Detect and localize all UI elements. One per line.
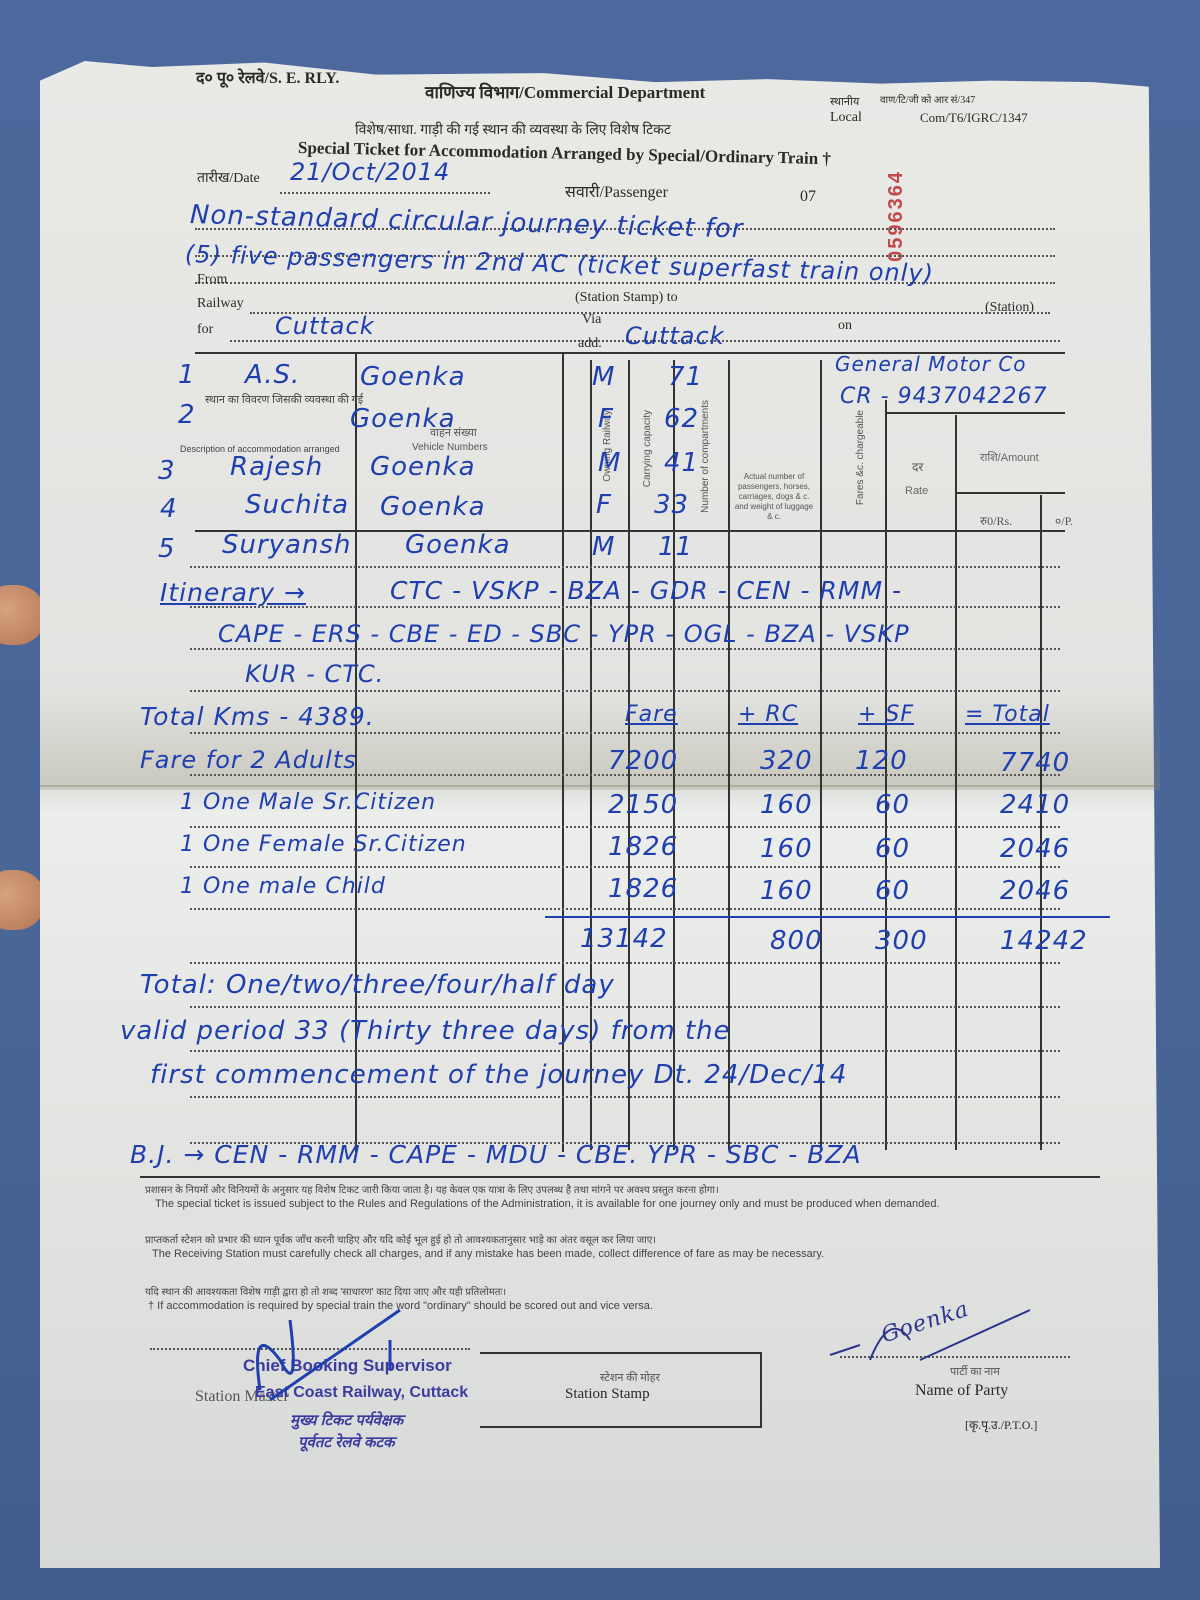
fare-sf: 120 [855, 746, 908, 776]
fare-header: Fare [625, 702, 678, 727]
rule-2-hindi: प्राप्तकर्ता स्टेशन को प्रभार की ध्यान प… [145, 1232, 656, 1246]
passenger-label: सवारी/Passenger [565, 180, 668, 202]
fare-rc: 160 [760, 790, 813, 820]
passenger-sex: M [598, 448, 621, 478]
grand-rc: 800 [770, 926, 823, 956]
rule-1: The special ticket is issued subject to … [155, 1198, 1055, 1210]
note-line-1: Total: One/two/three/four/half day [140, 970, 615, 1000]
passenger-age: 41 [664, 448, 699, 478]
passenger-first-name: A.S. [245, 360, 300, 390]
contact-phone: CR - 9437042267 [840, 384, 1048, 409]
from-label: From [197, 272, 227, 288]
via-label: Via [582, 312, 601, 328]
passenger-sex: M [592, 362, 615, 392]
form-code: Com/T6/IGRC/1347 [920, 110, 1028, 126]
passenger-number: 2 [178, 400, 196, 430]
for-label: for [197, 322, 213, 338]
form-code-hi: वाण/टि/जी को आर सं/347 [880, 92, 975, 106]
dotted-line [190, 866, 1060, 868]
itinerary-line-1: CTC - VSKP - BZA - GDR - CEN - RMM - [390, 576, 902, 605]
dotted-line [190, 1006, 1060, 1008]
dotted-line [190, 908, 1060, 910]
party-signature-stroke-icon [820, 1300, 1040, 1370]
fare-sf: 60 [875, 876, 910, 906]
col-carrying-capacity: Carrying capacity [642, 410, 653, 487]
add-label: add. [578, 336, 602, 352]
fare-base: 2150 [608, 790, 678, 820]
fare-row-label: 1 One male Child [180, 874, 386, 899]
passenger-first-name: Suryansh [222, 530, 352, 560]
pto-label: [कृ.पृ.उ./P.T.O.] [965, 1416, 1037, 1433]
dotted-line [190, 606, 1060, 608]
local-label-hi: स्थानीय [830, 94, 859, 109]
table-column-divider [820, 360, 822, 1150]
passenger-count: 07 [800, 188, 816, 206]
break-journey-stations: B.J. → CEN - RMM - CAPE - MDU - CBE. YPR… [130, 1140, 862, 1169]
total-kms: Total Kms - 4389. [140, 702, 375, 731]
total-header: = Total [965, 702, 1050, 727]
fare-total: 2410 [1000, 790, 1070, 820]
passenger-age: 62 [664, 404, 699, 434]
passenger-age: 33 [654, 490, 689, 520]
fare-total: 7740 [1000, 748, 1070, 778]
col-rate-hi: दर [912, 458, 923, 475]
grand-sf: 300 [875, 926, 928, 956]
sf-header: + SF [858, 702, 914, 727]
fare-rc: 160 [760, 834, 813, 864]
itinerary-label: Itinerary → [160, 578, 306, 607]
rule-3-hindi: यदि स्थान की आवश्यकता विशेष गाड़ी द्वारा… [145, 1284, 506, 1298]
passenger-last-name: Goenka [405, 530, 511, 560]
fare-sf: 60 [875, 834, 910, 864]
on-label: on [838, 318, 852, 334]
local-label: Local [830, 110, 862, 126]
col-actual-number: Actual number of passengers, horses, car… [733, 472, 815, 522]
railway-label: Railway [197, 296, 244, 312]
col-fares: Fares &c. chargeable [855, 410, 866, 505]
dotted-line [190, 1050, 1060, 1052]
date-dotted-line [280, 192, 490, 194]
station-stamp-to-label: (Station Stamp) to [575, 290, 678, 306]
passenger-number: 3 [158, 456, 176, 486]
dotted-line [190, 732, 1060, 734]
passenger-first-name: Suchita [245, 490, 349, 520]
passenger-last-name: Goenka [350, 404, 456, 434]
fare-row-label: 1 One Female Sr.Citizen [180, 832, 467, 857]
for-value: Cuttack [275, 312, 375, 340]
serial-number: 0596364 [885, 170, 908, 262]
col-rate: Rate [905, 485, 928, 497]
passenger-last-name: Goenka [360, 362, 466, 392]
contact-company: General Motor Co [835, 352, 1027, 376]
table-header-divider [885, 412, 1065, 414]
dotted-line [190, 566, 1060, 568]
footer-separator [140, 1176, 1100, 1178]
grand-total: 14242 [1000, 926, 1088, 956]
fare-rc: 160 [760, 876, 813, 906]
party-label-hi: पार्टी का नाम [950, 1364, 1000, 1379]
dotted-line [190, 962, 1060, 964]
rc-header: + RC [738, 702, 798, 727]
itinerary-line-2: CAPE - ERS - CBE - ED - SBC - YPR - OGL … [218, 620, 910, 648]
table-column-divider [955, 415, 957, 1150]
party-label: Name of Party [915, 1382, 1008, 1400]
dotted-line [190, 1096, 1060, 1098]
department-name: वाणिज्य विभाग/Commercial Department [425, 80, 705, 103]
table-header-divider [955, 492, 1065, 494]
date-value: 21/Oct/2014 [290, 158, 450, 186]
railway-name: द० पू० रेलवे/S. E. RLY. [196, 66, 339, 88]
station-label: (Station) [985, 300, 1034, 316]
col-description-hi: स्थान का विवरण जिसकी व्यवस्था की गई [205, 392, 363, 407]
col-rupees: रु0/Rs. [980, 512, 1012, 529]
passenger-sex: M [592, 532, 615, 562]
rule-1-hindi: प्रशासन के नियमों और विनियमों के अनुसार … [145, 1182, 719, 1196]
fare-row-label: 1 One Male Sr.Citizen [180, 790, 436, 815]
dotted-line [190, 826, 1060, 828]
passenger-age: 11 [658, 532, 693, 562]
itinerary-line-3: KUR - CTC. [245, 660, 384, 688]
fare-total: 2046 [1000, 834, 1070, 864]
rule-2: The Receiving Station must carefully che… [152, 1248, 1052, 1260]
passenger-age: 71 [668, 362, 703, 392]
passenger-first-name: Rajesh [230, 452, 323, 482]
col-paise: ०/P. [1055, 512, 1073, 529]
fare-base: 1826 [608, 832, 678, 862]
fare-row-label: Fare for 2 Adults [140, 746, 357, 774]
col-compartments: Number of compartments [700, 400, 711, 513]
dotted-line [190, 648, 1060, 650]
passenger-last-name: Goenka [370, 452, 476, 482]
note-line-3: first commencement of the journey Dt. 24… [150, 1060, 847, 1090]
passenger-last-name: Goenka [380, 492, 486, 522]
date-label: तारीख/Date [197, 168, 260, 187]
col-amount: राशि/Amount [980, 450, 1039, 465]
sum-underline [545, 916, 1110, 918]
passenger-sex: F [598, 404, 614, 434]
supervisor-signature-icon [240, 1300, 420, 1410]
station-stamp-label: Station Stamp [565, 1386, 650, 1403]
paper-fold-line [40, 785, 1160, 787]
fare-base: 1826 [608, 874, 678, 904]
fare-rc: 320 [760, 746, 813, 776]
stamp-hindi-1: मुख्य टिकट पर्यवेक्षक [290, 1410, 403, 1430]
fare-total: 2046 [1000, 876, 1070, 906]
title-hindi: विशेष/साधा. गाड़ी की गई स्थान की व्यवस्थ… [355, 120, 671, 139]
station-stamp-hi: स्टेशन की मोहर [600, 1370, 660, 1385]
add-value: Cuttack [625, 322, 725, 350]
passenger-number: 5 [158, 534, 176, 564]
dotted-line [190, 690, 1060, 692]
fare-sf: 60 [875, 790, 910, 820]
grand-fare: 13142 [580, 924, 668, 954]
passenger-number: 1 [178, 360, 196, 390]
note-line-2: valid period 33 (Thirty three days) from… [120, 1016, 731, 1046]
stamp-hindi-2: पूर्वतट रेलवे कटक [298, 1432, 395, 1452]
fare-base: 7200 [608, 746, 678, 776]
passenger-number: 4 [160, 494, 178, 524]
passenger-sex: F [596, 490, 612, 520]
